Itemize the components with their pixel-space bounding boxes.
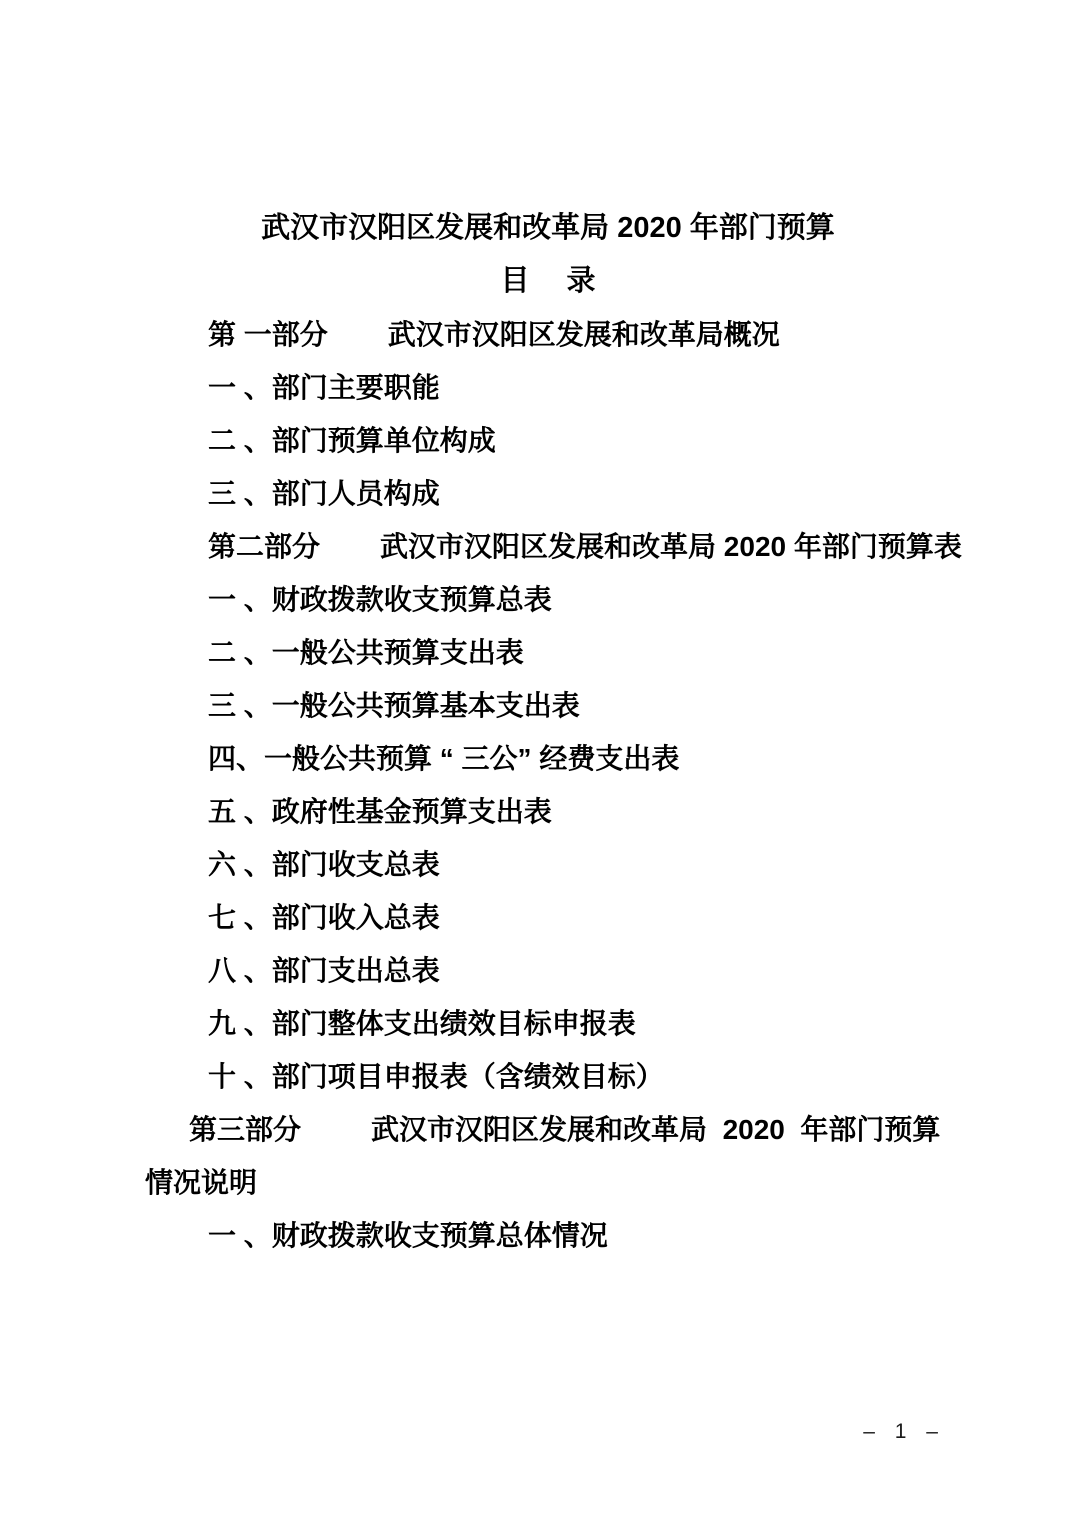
document-page: 武汉市汉阳区发展和改革局 2020 年部门预算 目 录 第 一部分武汉市汉阳区发… — [0, 0, 1074, 1520]
toc-item: 二 、一般公共预算支出表 — [145, 626, 951, 679]
toc-item: 十 、部门项目申报表（含绩效目标） — [145, 1050, 951, 1103]
toc-item: 三 、部门人员构成 — [145, 467, 951, 520]
toc-item: 八 、部门支出总表 — [145, 944, 951, 997]
toc-heading: 目 录 — [145, 255, 951, 308]
section-part1-label: 第 一部分 — [208, 319, 328, 350]
section-part2-title: 武汉市汉阳区发展和改革局 2020 年部门预算表 — [380, 531, 962, 562]
toc-content: 武汉市汉阳区发展和改革局 2020 年部门预算 目 录 第 一部分武汉市汉阳区发… — [145, 202, 951, 1262]
section-part2-label: 第二部分 — [208, 531, 320, 562]
toc-item: 七 、部门收入总表 — [145, 891, 951, 944]
section-part1-title: 武汉市汉阳区发展和改革局概况 — [388, 319, 780, 350]
section-heading-part1: 第 一部分武汉市汉阳区发展和改革局概况 — [145, 308, 951, 361]
toc-item: 二 、部门预算单位构成 — [145, 414, 951, 467]
toc-item: 四、一般公共预算 “ 三公” 经费支出表 — [145, 732, 951, 785]
section-heading-part3: 第三部分武汉市汉阳区发展和改革局 2020 年部门预算情况说明 — [145, 1103, 951, 1209]
toc-item: 三 、一般公共预算基本支出表 — [145, 679, 951, 732]
toc-item: 五 、政府性基金预算支出表 — [145, 785, 951, 838]
toc-item: 一 、财政拨款收支预算总表 — [145, 573, 951, 626]
toc-item: 九 、部门整体支出绩效目标申报表 — [145, 997, 951, 1050]
section-part3-label: 第三部分 — [189, 1114, 301, 1145]
page-number: – 1 – — [863, 1420, 940, 1444]
toc-item: 一 、部门主要职能 — [145, 361, 951, 414]
section-heading-part2: 第二部分武汉市汉阳区发展和改革局 2020 年部门预算表 — [145, 520, 951, 573]
toc-item: 一 、财政拨款收支预算总体情况 — [145, 1209, 951, 1262]
toc-item: 六 、部门收支总表 — [145, 838, 951, 891]
document-title: 武汉市汉阳区发展和改革局 2020 年部门预算 — [145, 202, 951, 255]
